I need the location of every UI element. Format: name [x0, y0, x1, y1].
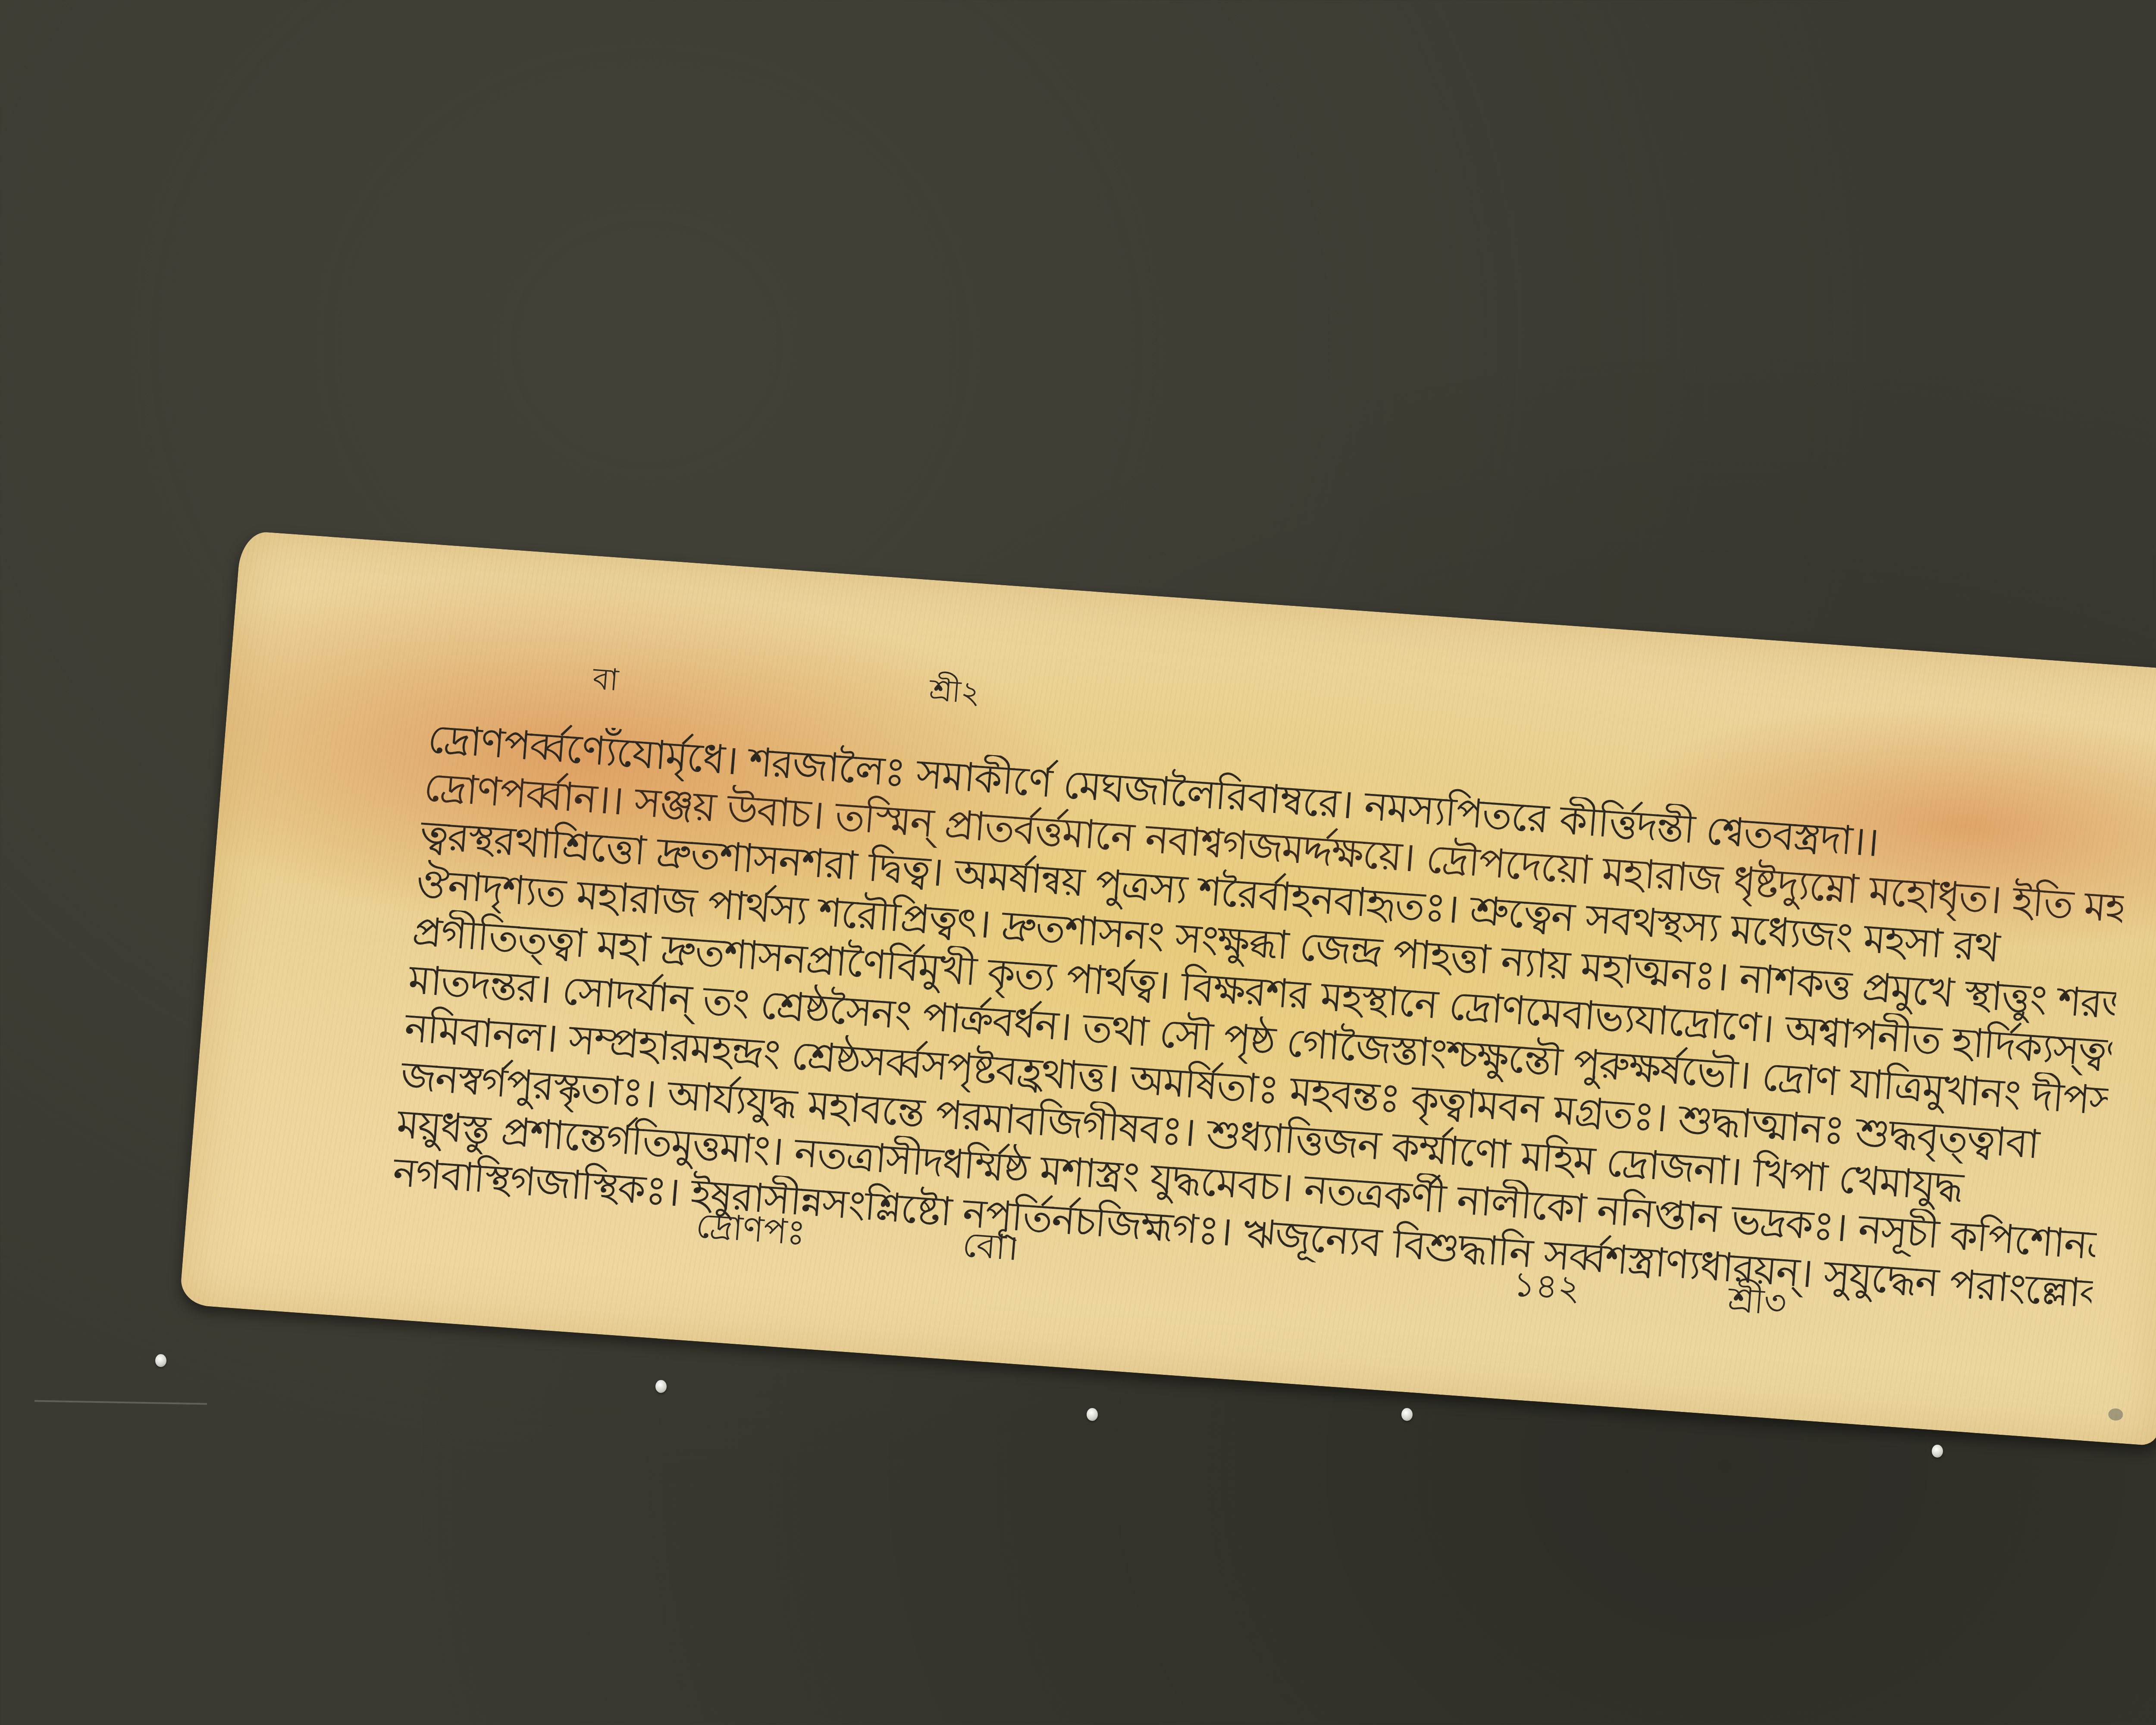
mounting-pin — [1932, 1445, 1943, 1458]
footer-title: দ্রোণপঃ — [693, 1199, 807, 1264]
footer-mark: বো। — [960, 1218, 1020, 1280]
folio-mark-center: শ্রী২ — [927, 666, 982, 720]
footer-mark-right: শ্রী৩ — [1726, 1273, 1789, 1334]
folio-mark-left: বা — [591, 655, 620, 707]
manuscript-folio: বা শ্রী২ দ্রোণপর্ব্বণ্যেঁযোর্মৃধে। শরজাল… — [179, 530, 2156, 1446]
mounting-pin — [1401, 1408, 1413, 1421]
board-scratch — [34, 1400, 207, 1405]
mounting-pin — [155, 1354, 166, 1367]
manuscript-text: দ্রোণপর্ব্বণ্যেঁযোর্মৃধে। শরজালৈঃ সমাকীর… — [391, 715, 2129, 1318]
mounting-pin — [655, 1380, 667, 1393]
footer-folio-number: ১৪২ — [1510, 1258, 1582, 1320]
stain-spot — [2108, 1408, 2123, 1421]
mounting-pin — [1087, 1408, 1098, 1421]
